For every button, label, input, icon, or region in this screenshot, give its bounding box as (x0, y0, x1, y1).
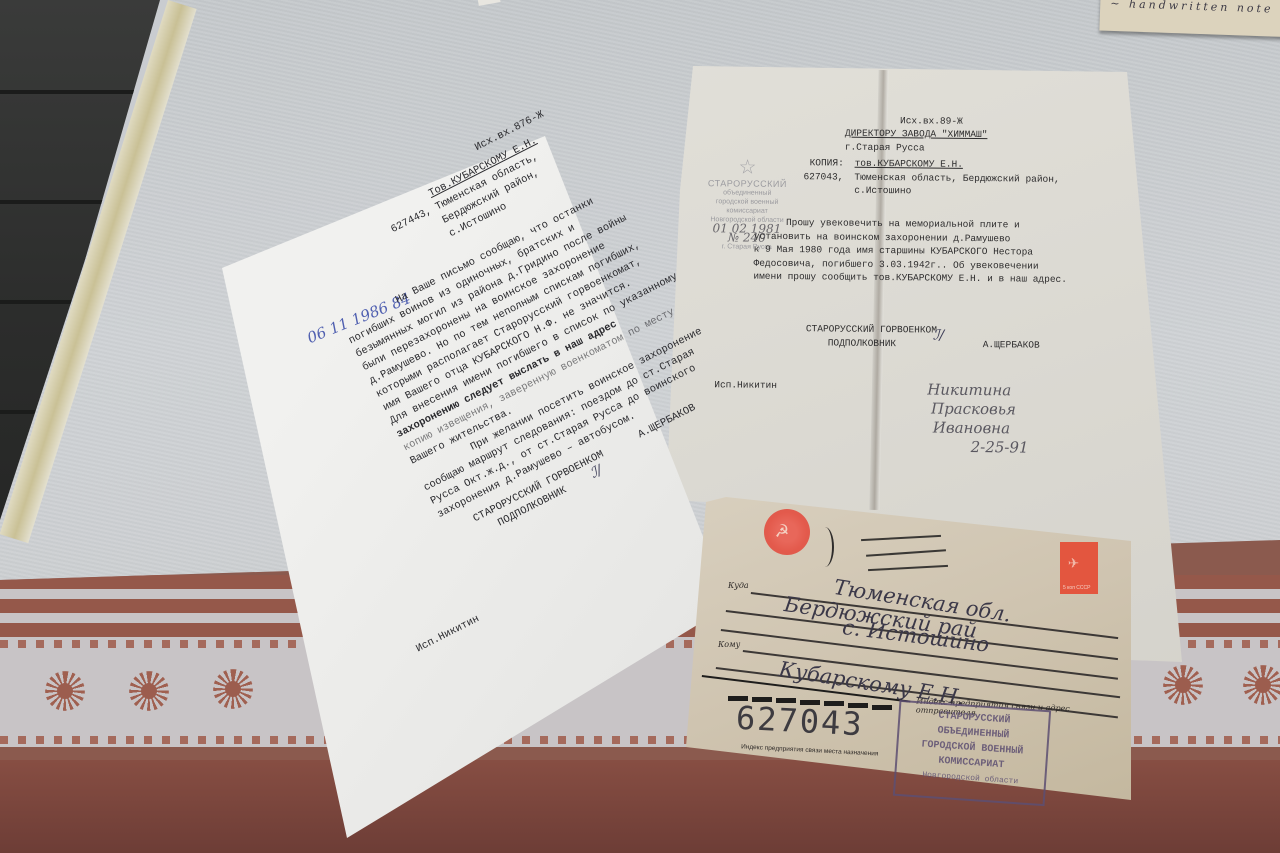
addressee-line: ДИРЕКТОРУ ЗАВОДА "ХИММАШ" (845, 127, 988, 142)
copy-label: КОПИЯ: (810, 156, 844, 170)
flower-motif (1160, 662, 1206, 708)
envelope-content: 5 коп СССР Куда Кому Тюменская обл. Берд… (686, 497, 1131, 800)
flower-motif (126, 668, 172, 714)
executor: Исп.Никитин (714, 378, 777, 392)
to-label: Куда (728, 581, 749, 590)
flower-motif (1240, 662, 1280, 708)
chair-slat (0, 300, 80, 304)
photo-scene: ~ handwritten note ~ Исх.вх.89-Ж ДИРЕКТО… (0, 0, 1280, 853)
chair-slat (0, 200, 110, 204)
note-handwriting: ~ handwritten note ~ (1110, 0, 1280, 16)
copy-recipient: тов.КУБАРСКОМУ Е.Н. (855, 157, 1060, 173)
letter-ref: Исх.вх.89-Ж (900, 114, 963, 128)
handwritten-line: Прасковья (927, 399, 1029, 419)
postmark-arc (816, 527, 834, 567)
copy-address: тов.КУБАРСКОМУ Е.Н. Тюменская область, Б… (854, 157, 1060, 200)
signature-rank: ПОДПОЛКОВНИК (828, 336, 897, 350)
sender-stamp: СТАРОРУССКИЙ ОБЪЕДИНЕННЫЙ ГОРОДСКОЙ ВОЕН… (893, 700, 1051, 806)
handwritten-line: Никитина (927, 380, 1029, 400)
letter-addressee: ДИРЕКТОРУ ЗАВОДА "ХИММАШ" г.Старая Русса (845, 127, 988, 155)
signature-org: СТАРОРУССКИЙ ГОРВОЕНКОМ (806, 322, 937, 337)
zip-bar (872, 705, 892, 710)
postmark-wave (866, 549, 946, 556)
flower-motif (210, 666, 256, 712)
postmark-wave (868, 565, 948, 571)
postmark-wave (861, 535, 941, 541)
flower-motif (42, 668, 88, 714)
handwritten-line: 2-25-91 (927, 437, 1029, 457)
postage-stamp-label: 5 коп СССР (1063, 585, 1090, 591)
signature-name: А.ЩЕРБАКОВ (983, 338, 1040, 352)
copy-zip: 627043, (803, 170, 843, 184)
handwritten-line: Ивановна (927, 418, 1029, 438)
copy-address-line: с.Истошино (854, 184, 1059, 200)
whom-label: Кому (718, 640, 740, 649)
addressee-city: г.Старая Русса (845, 140, 988, 155)
ussr-emblem-icon (764, 509, 810, 555)
handwritten-signature: ℐ∕ (933, 330, 944, 344)
star-icon: ☆ (737, 158, 757, 178)
letter-body: Прошу увековечить на мемориальной плите … (753, 216, 1067, 287)
zip-caption: Индекс предприятия связи места назначени… (741, 743, 879, 757)
zip-code: 627043 (735, 699, 864, 744)
handwritten-note: Никитина Прасковья Ивановна 2-25-91 (927, 380, 1030, 457)
chair-slat (0, 90, 140, 94)
